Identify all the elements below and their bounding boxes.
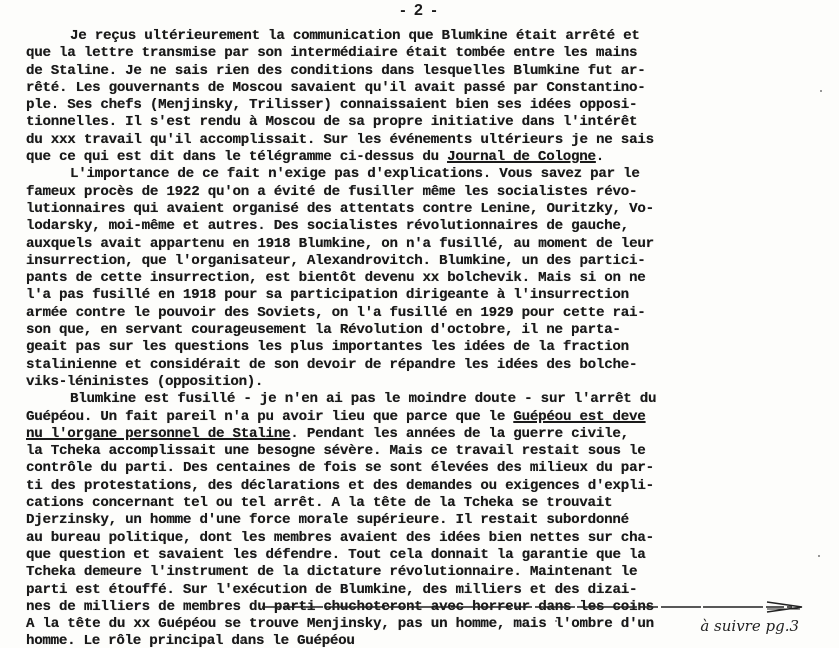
text-line: Je reçus ultérieurement la communication… [26, 28, 836, 45]
line-text: Je reçus ultérieurement la communication… [70, 28, 640, 44]
underlined-text: Journal de Cologne [447, 149, 596, 165]
text-line: Blumkine est fusillé - je n'en ai pas le… [26, 391, 836, 408]
line-text: ple. Ses chefs (Menjinsky, Trilisser) co… [26, 97, 637, 113]
line-text: tionnelles. Il s'est rendu à Moscou de s… [26, 114, 637, 130]
text-line: au bureau politique, dont les membres av… [26, 530, 836, 547]
text-line: L'importance de ce fait n'exige pas d'ex… [26, 166, 836, 183]
line-text: lutionnaires qui avaient organisé des at… [26, 201, 654, 217]
line-text: contrôle du parti. Des centaines de fois… [26, 460, 654, 476]
text-line: viks-léninistes (opposition). [26, 374, 836, 391]
text-line: stalinienne et considérait de son devoir… [26, 357, 836, 374]
text-line: fameux procès de 1922 qu'on a évité de f… [26, 184, 836, 201]
text-line: Djerzinsky, un homme d'une force morale … [26, 512, 836, 529]
line-text: du xxx travail qu'il accomplissait. Sur … [26, 132, 654, 148]
line-text: l'a pas fusillé en 1918 pour sa particip… [26, 287, 629, 303]
text-line: lodarsky, moi-même et autres. Des social… [26, 218, 836, 235]
text-line: auxquels avait appartenu en 1918 Blumkin… [26, 236, 836, 253]
line-text: insurrection, que l'organisateur, Alexan… [26, 253, 646, 269]
line-text: ti des protestations, des déclarations e… [26, 478, 654, 494]
text-line: pants de cette insurrection, est bientôt… [26, 270, 836, 287]
text-line: contrôle du parti. Des centaines de fois… [26, 460, 836, 477]
line-text: la Tcheka accomplissait une besogne sévè… [26, 443, 646, 459]
text-line: Guépéou. Un fait pareil n'a pu avoir lie… [26, 409, 836, 426]
text-line: Tcheka demeure l'instrument de la dictat… [26, 564, 836, 581]
line-text: cations concernant tel ou tel arrêt. A l… [26, 495, 612, 511]
line-text: lodarsky, moi-même et autres. Des social… [26, 218, 629, 234]
text-line: lutionnaires qui avaient organisé des at… [26, 201, 836, 218]
text-line: ple. Ses chefs (Menjinsky, Trilisser) co… [26, 97, 836, 114]
line-text: au bureau politique, dont les membres av… [26, 530, 654, 546]
document-page: - 2 - Je reçus ultérieurement la communi… [0, 0, 839, 648]
text-line: que la lettre transmise par son interméd… [26, 45, 836, 62]
line-text: geait pas sur les questions les plus imp… [26, 339, 629, 355]
line-text: auxquels avait appartenu en 1918 Blumkin… [26, 236, 654, 252]
line-text: de Staline. Je ne sais rien des conditio… [26, 63, 646, 79]
line-text: armée contre le pouvoir des Soviets, on … [26, 305, 646, 321]
text-line: son que, en servant courageusement la Ré… [26, 322, 836, 339]
line-text: Djerzinsky, un homme d'une force morale … [26, 512, 629, 528]
line-text: que la lettre transmise par son interméd… [26, 45, 637, 61]
line-text: Blumkine est fusillé - je n'en ai pas le… [70, 391, 656, 407]
text-line: armée contre le pouvoir des Soviets, on … [26, 305, 836, 322]
document-body: Je reçus ultérieurement la communication… [26, 28, 836, 648]
text-line: homme. Le rôle principal dans le Guépéou [26, 633, 836, 648]
line-text: A la tête du xx Guépéou se trouve Menjin… [26, 616, 654, 632]
text-line: du xxx travail qu'il accomplissait. Sur … [26, 132, 836, 149]
text-line: que question et savaient les défendre. T… [26, 547, 836, 564]
text-line: cations concernant tel ou tel arrêt. A l… [26, 495, 836, 512]
text-line: insurrection, que l'organisateur, Alexan… [26, 253, 836, 270]
text-line: l'a pas fusillé en 1918 pour sa particip… [26, 287, 836, 304]
underlined-text: Guépéou est deve [513, 409, 645, 425]
text-line: la Tcheka accomplissait une besogne sévè… [26, 443, 836, 460]
line-text: stalinienne et considérait de son devoir… [26, 357, 637, 373]
line-text-after: . Pendant les années de la guerre civile… [290, 426, 629, 442]
text-line: parti est étouffé. Sur l'exécution de Bl… [26, 582, 836, 599]
text-line: que ce qui est dit dans le télégramme ci… [26, 149, 836, 166]
line-text-after: . [596, 149, 604, 165]
line-text: que question et savaient les défendre. T… [26, 547, 646, 563]
line-text: fameux procès de 1922 qu'on a évité de f… [26, 184, 637, 200]
underlined-text: nu l'organe personnel de Staline [26, 426, 290, 442]
line-text: Tcheka demeure l'instrument de la dictat… [26, 564, 637, 580]
line-text: viks-léninistes (opposition). [26, 374, 263, 390]
line-text: L'importance de ce fait n'exige pas d'ex… [70, 166, 640, 182]
line-text: son que, en servant courageusement la Ré… [26, 322, 621, 338]
line-text: parti est étouffé. Sur l'exécution de Bl… [26, 582, 637, 598]
page-number: - 2 - [0, 2, 839, 20]
text-line: de Staline. Je ne sais rien des conditio… [26, 63, 836, 80]
text-line: rêté. Les gouvernants de Moscou savaient… [26, 80, 836, 97]
continued-note: à suivre pg.3 [700, 617, 799, 635]
text-line: geait pas sur les questions les plus imp… [26, 339, 836, 356]
text-line: tionnelles. Il s'est rendu à Moscou de s… [26, 114, 836, 131]
line-text: rêté. Les gouvernants de Moscou savaient… [26, 80, 646, 96]
line-text: pants de cette insurrection, est bientôt… [26, 270, 646, 286]
line-text: Guépéou. Un fait pareil n'a pu avoir lie… [26, 409, 513, 425]
text-line: nu l'organe personnel de Staline. Pendan… [26, 426, 836, 443]
line-text: que ce qui est dit dans le télégramme ci… [26, 149, 447, 165]
line-text: homme. Le rôle principal dans le Guépéou [26, 633, 355, 648]
text-line: ti des protestations, des déclarations e… [26, 478, 836, 495]
continuation-arrow-icon [262, 600, 807, 614]
